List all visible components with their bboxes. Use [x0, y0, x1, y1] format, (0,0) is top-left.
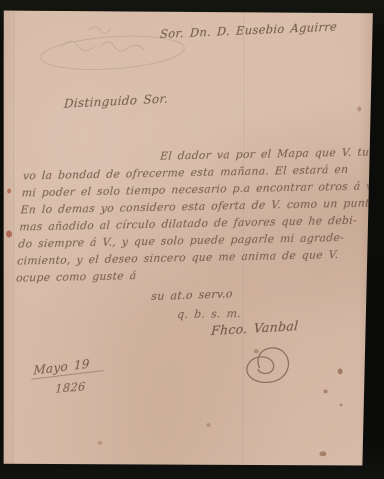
salutation: Distinguido Sor. — [64, 91, 169, 110]
stain-spot — [324, 389, 328, 393]
signature: Fhco. Vanbal — [211, 318, 300, 338]
stain-spot — [207, 423, 211, 427]
stain-spot — [357, 106, 361, 111]
letter-body: El dador va por el Mapa que V. tu- vo la… — [16, 143, 367, 286]
recipient-line: Sor. Dn. D. Eusebio Aguirre — [160, 18, 366, 41]
stain-spot — [338, 368, 343, 374]
stain-spot — [97, 441, 102, 445]
letter-paper: Sor. Dn. D. Eusebio Aguirre Distinguido … — [1, 11, 373, 467]
stain-spot — [7, 189, 11, 194]
date-year: 1826 — [55, 379, 86, 396]
signature-rubric-flourish — [230, 338, 308, 390]
closing-abbreviation: q. b. s. m. — [177, 307, 242, 321]
stain-spot — [6, 231, 12, 238]
fold-crease-left — [12, 11, 15, 466]
stain-spot — [319, 451, 326, 456]
closing-courtesy-line: su at.o serv.o — [151, 287, 233, 303]
date-month-day: Mayo 19 — [31, 355, 103, 380]
stain-spot — [254, 349, 259, 353]
stain-spot — [340, 403, 343, 406]
